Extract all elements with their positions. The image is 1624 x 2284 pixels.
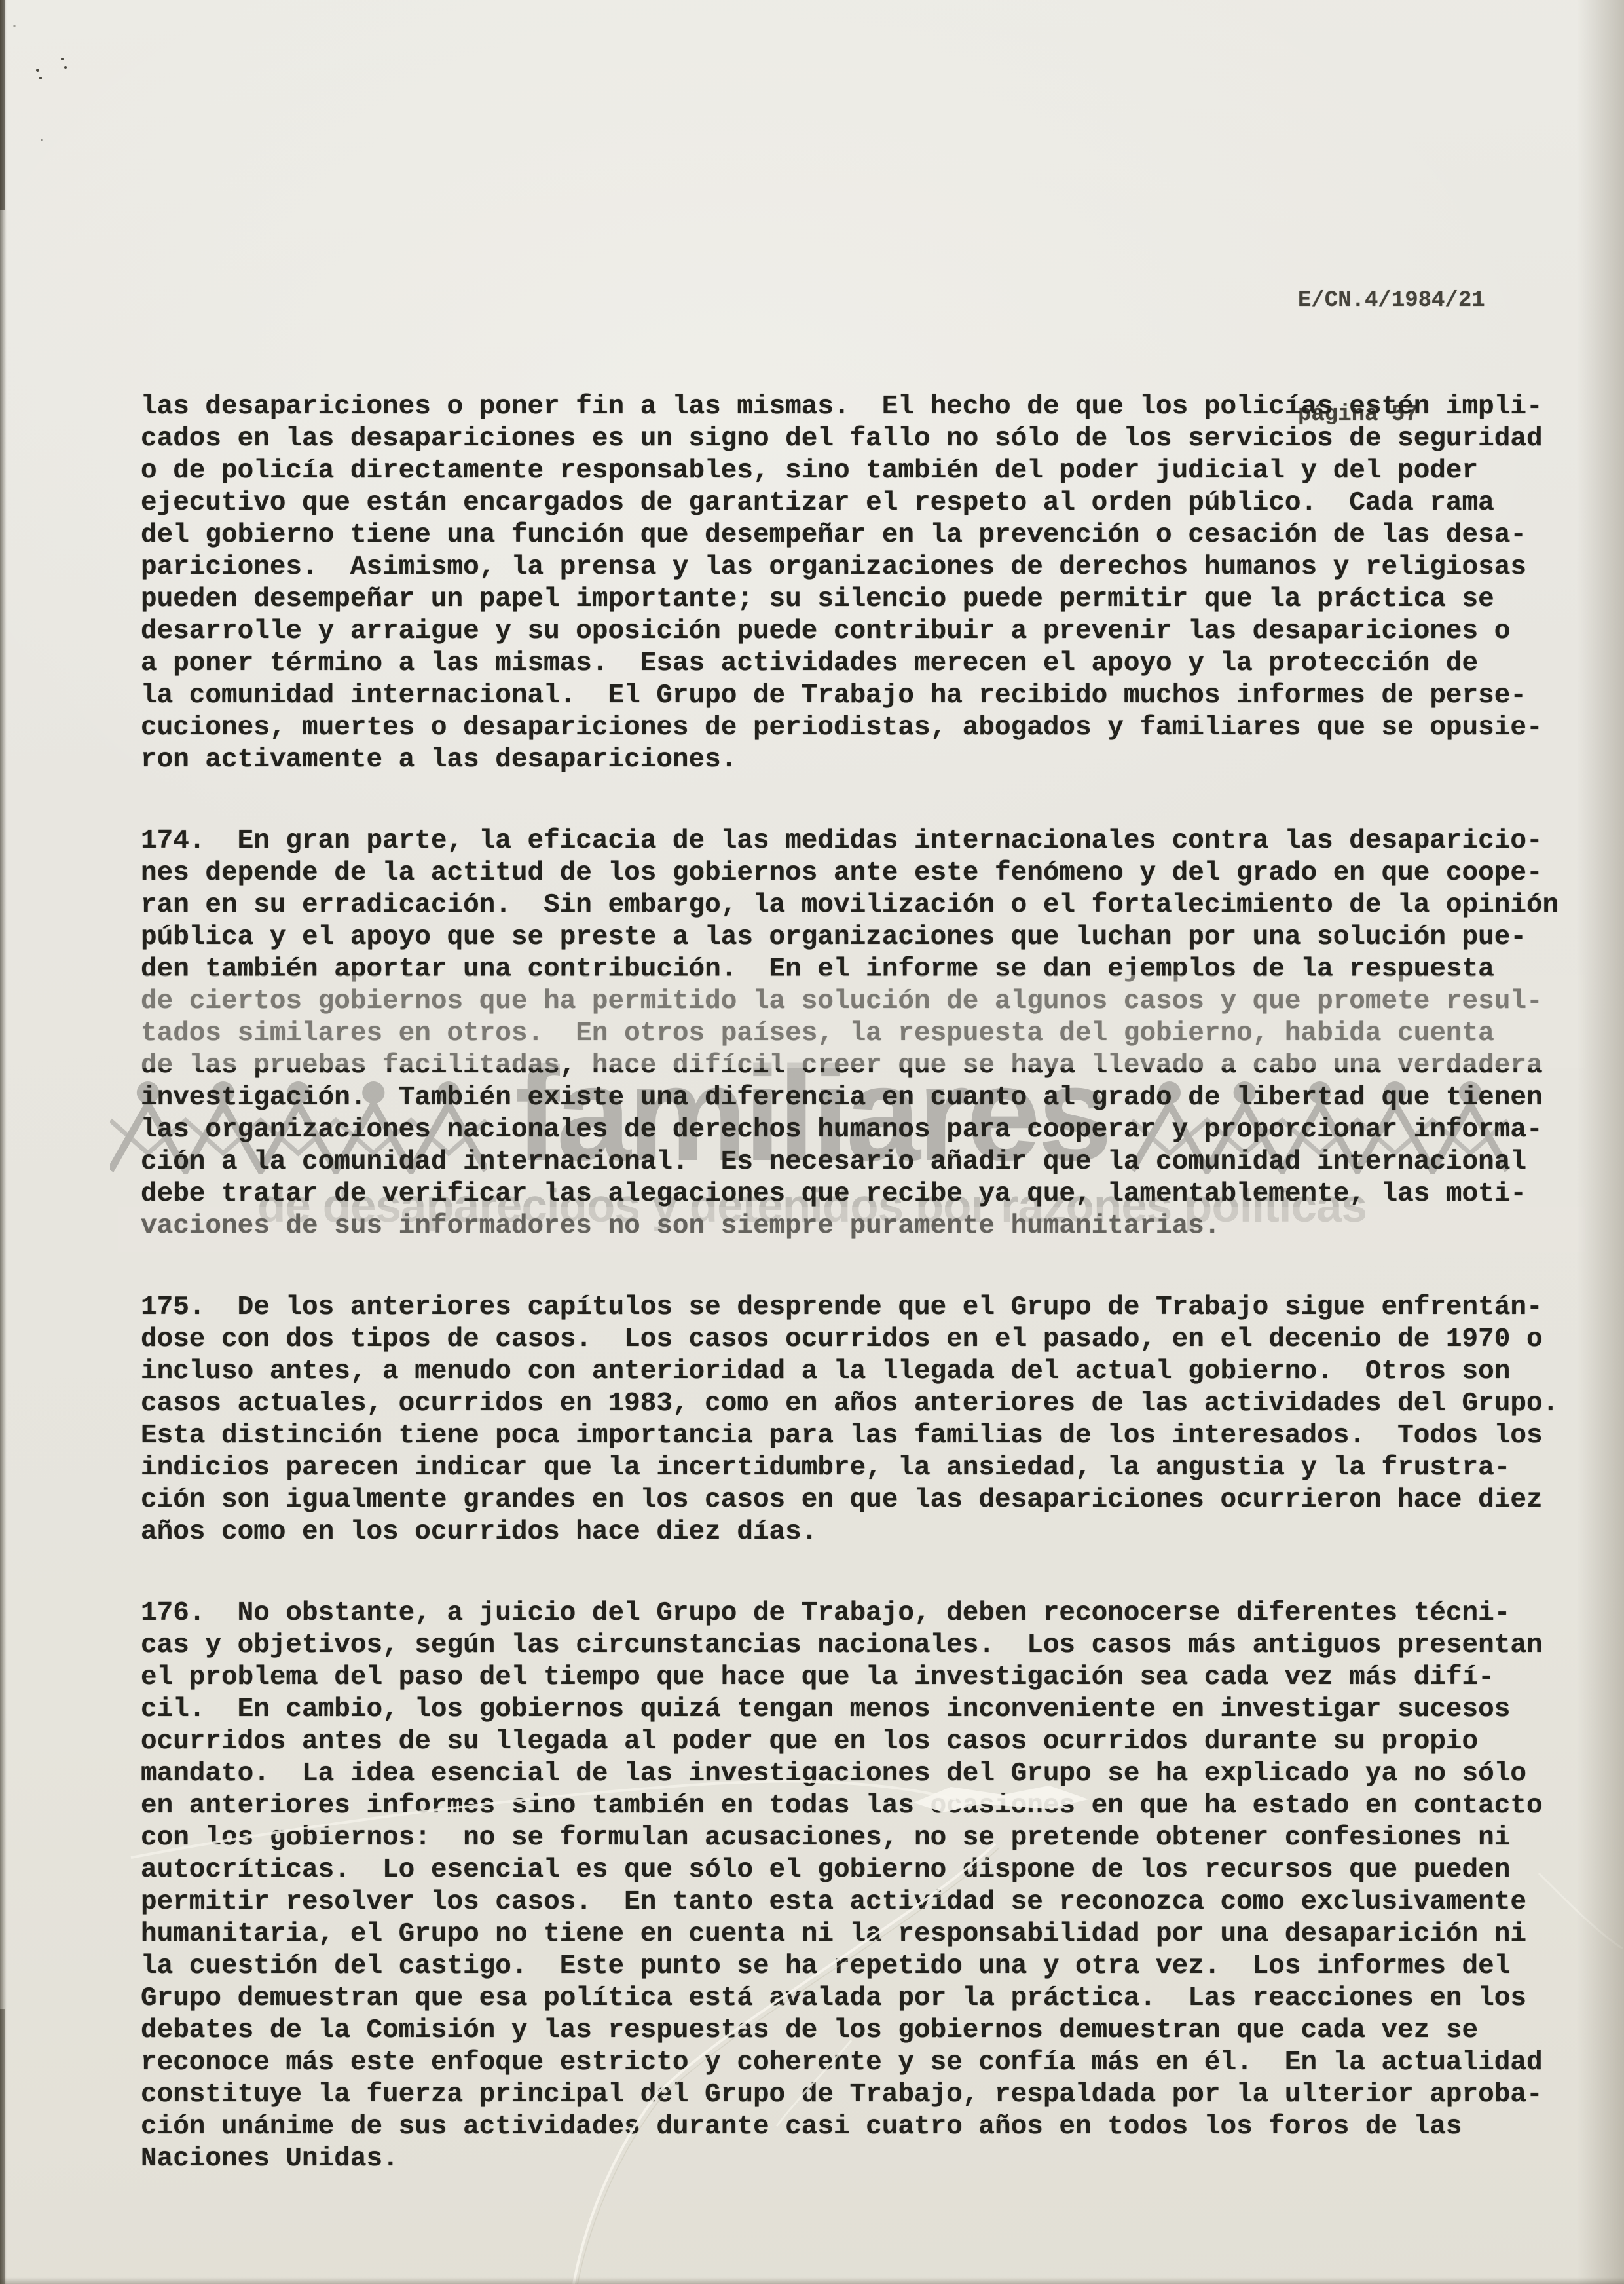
text-line: cil. En cambio, los gobiernos quizá teng…	[141, 1694, 1595, 1726]
ink-speck	[36, 69, 39, 72]
text-line: incluso antes, a menudo con anterioridad…	[141, 1356, 1595, 1388]
text-line: las desapariciones o poner fin a las mis…	[141, 391, 1595, 423]
ink-speck	[61, 58, 64, 60]
text-line: permitir resolver los casos. En tanto es…	[141, 1886, 1595, 1919]
text-line: las organizaciones nacionales de derecho…	[141, 1114, 1595, 1146]
text-line: cas y objetivos, según las circunstancia…	[141, 1630, 1595, 1662]
ink-speck	[64, 66, 67, 69]
text-line: den también aportar una contribución. En…	[141, 954, 1595, 986]
text-line: 176. No obstante, a juicio del Grupo de …	[141, 1598, 1595, 1630]
text-line: la comunidad internacional. El Grupo de …	[141, 680, 1595, 712]
text-line: indicios parecen indicar que la incertid…	[141, 1452, 1595, 1484]
text-line: años como en los ocurridos hace diez día…	[141, 1516, 1595, 1548]
ink-speck	[39, 77, 42, 79]
text-line: pariciones. Asimismo, la prensa y las or…	[141, 552, 1595, 584]
text-line: cuciones, muertes o desapariciones de pe…	[141, 712, 1595, 744]
ink-speck	[13, 25, 16, 27]
text-line: ción son igualmente grandes en los casos…	[141, 1484, 1595, 1516]
text-line: pueden desempeñar un papel importante; s…	[141, 584, 1595, 616]
text-line: la cuestión del castigo. Este punto se h…	[141, 1951, 1595, 1983]
text-line: ocurridos antes de su llegada al poder q…	[141, 1726, 1595, 1758]
text-line: en anteriores informes sino también en t…	[141, 1790, 1595, 1822]
text-line: humanitaria, el Grupo no tiene en cuenta…	[141, 1919, 1595, 1951]
text-line: cados en las desapariciones es un signo …	[141, 423, 1595, 455]
text-line: Esta distinción tiene poca importancia p…	[141, 1420, 1595, 1452]
text-line: autocríticas. Lo esencial es que sólo el…	[141, 1854, 1595, 1886]
document-body: las desapariciones o poner fin a las mis…	[141, 391, 1595, 2224]
text-line: ción unánime de sus actividades durante …	[141, 2111, 1595, 2143]
paragraph-p176: 176. No obstante, a juicio del Grupo de …	[141, 1598, 1595, 2175]
text-line: el problema del paso del tiempo que hace…	[141, 1662, 1595, 1694]
paragraph-p175: 175. De los anteriores capítulos se desp…	[141, 1292, 1595, 1548]
text-line: vaciones de sus informadores no son siem…	[141, 1210, 1595, 1243]
text-line: ran en su erradicación. Sin embargo, la …	[141, 889, 1595, 922]
text-line: ción a la comunidad internacional. Es ne…	[141, 1146, 1595, 1178]
text-line: debe tratar de verificar las alegaciones…	[141, 1178, 1595, 1210]
text-line: tados similares en otros. En otros paíse…	[141, 1018, 1595, 1050]
text-line: pública y el apoyo que se preste a las o…	[141, 922, 1595, 954]
text-line: 175. De los anteriores capítulos se desp…	[141, 1292, 1595, 1324]
ink-speck	[41, 139, 43, 141]
text-line: a poner término a las mismas. Esas activ…	[141, 648, 1595, 680]
text-line: ron activamente a las desapariciones.	[141, 744, 1595, 776]
text-line: mandato. La idea esencial de las investi…	[141, 1758, 1595, 1790]
text-line: ejecutivo que están encargados de garant…	[141, 487, 1595, 519]
text-line: con los gobiernos: no se formulan acusac…	[141, 1822, 1595, 1854]
text-line: casos actuales, ocurridos en 1983, como …	[141, 1388, 1595, 1420]
text-line: constituye la fuerza principal del Grupo…	[141, 2079, 1595, 2111]
text-line: de ciertos gobiernos que ha permitido la…	[141, 986, 1595, 1018]
text-line: 174. En gran parte, la eficacia de las m…	[141, 825, 1595, 857]
text-line: o de policía directamente responsables, …	[141, 455, 1595, 487]
text-line: debates de la Comisión y las respuestas …	[141, 2015, 1595, 2047]
text-line: investigación. También existe una difere…	[141, 1082, 1595, 1114]
text-line: desarrolle y arraigue y su oposición pue…	[141, 616, 1595, 648]
text-line: dose con dos tipos de casos. Los casos o…	[141, 1324, 1595, 1356]
text-line: Grupo demuestran que esa política está a…	[141, 1983, 1595, 2015]
text-line: Naciones Unidas.	[141, 2143, 1595, 2175]
text-line: reconoce más este enfoque estricto y coh…	[141, 2047, 1595, 2079]
document-number: E/CN.4/1984/21	[1298, 282, 1485, 320]
text-line: nes depende de la actitud de los gobiern…	[141, 857, 1595, 889]
paragraph-p173-continuation: las desapariciones o poner fin a las mis…	[141, 391, 1595, 776]
paragraph-p174: 174. En gran parte, la eficacia de las m…	[141, 825, 1595, 1243]
text-line: del gobierno tiene una función que desem…	[141, 519, 1595, 552]
text-line: de las pruebas facilitadas, hace difícil…	[141, 1050, 1595, 1082]
scanned-page: familiares de desaparecidos y detenidos …	[0, 0, 1624, 2284]
